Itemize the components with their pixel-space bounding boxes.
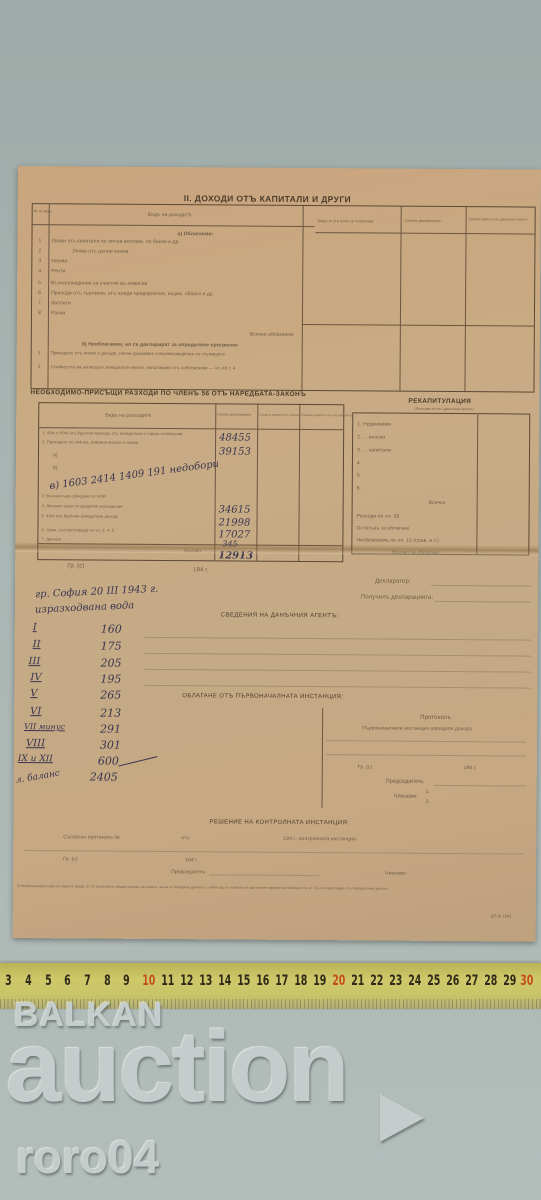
note-label: IX и XII <box>18 754 53 764</box>
tape-number: 15 <box>237 973 250 989</box>
note-subheader: изразходвана вода <box>35 600 135 615</box>
tape-number: 21 <box>351 973 364 989</box>
tape-number: 26 <box>446 973 459 989</box>
handwritten-stroke <box>118 756 157 766</box>
note-label: V <box>30 688 37 699</box>
exp-col-declared: Сумата декларирана <box>217 412 251 416</box>
first-instance-title: ОБЛАГАНЕ ОТЪ ПЪРВОНАЧАЛНАТА ИНСТАНЦИЯ: <box>182 693 343 700</box>
tape-number: 9 <box>123 973 130 989</box>
tape-number: 4 <box>25 973 32 989</box>
member-number: 2. <box>426 799 430 805</box>
expense-row-label: 6. Суми, съответстващи по чл. 3, 4, 5 <box>41 527 114 533</box>
tape-number: 24 <box>408 973 421 989</box>
instance-year: 194 г. <box>464 765 477 771</box>
note-value: 2405 <box>90 771 118 784</box>
tape-number: 3 <box>5 973 12 989</box>
tape-number: 18 <box>294 973 307 989</box>
expense-row-label: 1. 40% и 50% отъ брутния приходъ отъ зем… <box>42 430 182 436</box>
protocol-label: Протоколъ <box>420 715 451 721</box>
note-label: I <box>33 622 37 633</box>
note-value: 175 <box>101 640 122 653</box>
note-value: 205 <box>100 657 121 670</box>
received-label: Получилъ декларацията: <box>361 594 433 601</box>
row-no: 8 <box>38 310 41 316</box>
recap-row: Необлагаемъ по чл. 15 (срав. и т.) <box>356 537 438 544</box>
tape-number: 14 <box>218 973 231 989</box>
note-value: 213 <box>100 707 121 720</box>
expense-row-label: 7. Данъци <box>41 536 61 541</box>
income-row-label: Заплати <box>51 300 71 306</box>
recap-row: Всичко <box>429 500 446 506</box>
expenses-title: НЕОБХОДИМО-ПРИСЪЩИ РАЗХОДИ ПО ЧЛЕНЪ 56 О… <box>30 389 306 398</box>
note-value: 160 <box>101 623 122 636</box>
group-b-title: б) Необлагаеми, но се декларират за опре… <box>82 341 239 348</box>
note-label: л. баланс <box>15 769 60 786</box>
recap-row: Разходи по чл. 56 <box>357 513 400 519</box>
recap-subtitle: (Попълва се отъ данъчния агентъ) <box>414 407 474 411</box>
income-row-label: Ренти <box>51 268 65 274</box>
income-row-label: Приходите отъ лихви и доходи, лични държ… <box>51 350 225 356</box>
tape-number: 8 <box>104 973 111 989</box>
note-value: 265 <box>100 689 121 702</box>
row-no: 1 <box>38 350 41 356</box>
section-income-title: II. ДОХОДИ ОТЪ КАПИТАЛИ И ДРУГИ <box>184 193 351 204</box>
declared-amount: 39153 <box>219 446 251 457</box>
income-row-label: Разни <box>51 310 65 316</box>
control-protocol-label: Съгласно протоколъ № <box>63 834 120 840</box>
expense-row-label: 4. Лихвени суми по кредитни учреждения <box>42 503 123 509</box>
control-chairman-label: Председатель: <box>171 869 207 875</box>
control-members-label: Членове: <box>385 871 407 877</box>
tape-number: 13 <box>199 973 212 989</box>
tape-number: 10 <box>142 973 155 989</box>
col-header-source: Кѫде и отъ кого се получава <box>318 218 374 223</box>
row-no: 2 <box>38 248 41 254</box>
expense-row-label: а) <box>53 452 58 458</box>
note-label: III <box>29 656 41 667</box>
note-header: гр. София 20 III 1943 г. <box>35 584 159 601</box>
signature-year: 194 г. <box>193 567 208 573</box>
control-place: Гр. (с) <box>63 856 78 862</box>
expenses-table: Видъ на разходитѣ Сумата декларирана Сум… <box>37 402 344 562</box>
control-year: 194 г. <box>185 857 198 863</box>
recap-row: 5. <box>357 472 361 478</box>
col-header-no: № по редъ <box>34 209 52 213</box>
declared-amount: 48455 <box>219 432 251 443</box>
members-label: Членове: <box>394 794 418 800</box>
signature-place: Гр. (с) <box>67 563 84 569</box>
note-label: VII минус <box>24 722 65 731</box>
note-label: VIII <box>26 738 45 749</box>
row-no: 5 <box>38 280 41 286</box>
recap-title: РЕКАПИТУЛАЦИЯ <box>408 398 471 405</box>
protocol-text: Първоначалната инстанция определя доходъ <box>362 725 472 732</box>
income-row-label: Възнаграждения за участия въ комисии <box>51 280 147 287</box>
tape-number: 11 <box>161 973 174 989</box>
note-value: 301 <box>100 739 121 752</box>
income-row-label: Стойността на жилища и земеделски имоти,… <box>51 364 236 370</box>
expense-row-label: 2. Приходите по смѣтка, взаимни вноски и… <box>42 439 138 445</box>
tax-declaration-sheet: II. ДОХОДИ ОТЪ КАПИТАЛИ И ДРУГИ № по ред… <box>13 166 541 942</box>
row-no: 1 <box>38 238 41 244</box>
footnote: ¹) Необлагаемата сума по група II, буква… <box>17 884 527 893</box>
member-number: 1. <box>426 789 430 795</box>
tape-number: 30 <box>520 973 533 989</box>
income-row-label: Наеми <box>51 258 67 264</box>
tape-number: 27 <box>465 973 478 989</box>
col-header-declared: Сумата декларирана <box>405 219 441 223</box>
tape-number: 12 <box>180 973 193 989</box>
exp-col-instance: Сумата приета отъ инстанцията <box>301 413 351 417</box>
income-table: № по редъ Видъ на доходитѣ Кѫде и отъ ко… <box>30 203 535 393</box>
tape-number: 6 <box>64 973 71 989</box>
recap-row: 2. ... вноски <box>357 434 385 440</box>
tape-number: 5 <box>45 973 52 989</box>
recap-row: 4. <box>357 460 361 466</box>
row-no: 3 <box>38 258 41 264</box>
tape-number: 23 <box>389 973 402 989</box>
watermark-auction: auction <box>6 1010 348 1125</box>
tape-number: 29 <box>503 973 516 989</box>
exp-col-type: Видъ на разходитѣ <box>105 413 151 419</box>
income-row-label: Приходи отъ търговия, отъ чужди предприя… <box>51 290 214 297</box>
tape-number: 28 <box>484 973 497 989</box>
divider <box>322 708 324 808</box>
control-from: отъ <box>181 835 189 841</box>
tape-number: 16 <box>256 973 269 989</box>
expense-row-label: 5. 40% отъ брутния земеделски доходъ <box>42 513 119 519</box>
note-value: 291 <box>100 723 121 736</box>
tape-number: 20 <box>332 973 345 989</box>
agent-info-title: СВЕДЕНИЯ НА ДАНЪЧНИЯ АГЕНТЪ: <box>221 612 339 619</box>
declared-amount: 21998 <box>218 517 250 528</box>
declared-amount: 34615 <box>219 504 251 515</box>
watermark-username: roro04 <box>16 1130 159 1184</box>
note-label: VI <box>30 706 41 717</box>
tape-number: 19 <box>313 973 326 989</box>
row-no: 7 <box>38 300 41 306</box>
recap-row: 3. ... капитали <box>357 447 391 453</box>
note-label: IV <box>30 672 41 683</box>
exp-col-agent: Сумата приета отъ агента <box>259 413 300 417</box>
note-value: 600 <box>98 755 119 768</box>
col-header-income-type: Видъ на доходитѣ <box>148 212 192 218</box>
play-triangle-icon <box>380 1094 424 1142</box>
subtotal-label: Всичко облагаеми <box>250 332 294 338</box>
tape-number: 22 <box>370 973 383 989</box>
printer-mark: ДП ⊕ 1941 <box>491 913 512 918</box>
tape-number: 7 <box>84 973 91 989</box>
note-value: 195 <box>100 673 121 686</box>
tape-number: 25 <box>427 973 440 989</box>
income-row-label: Лихви отъ капитали по лични влогове, по … <box>51 238 180 245</box>
control-instance-title: РЕШЕНИЕ НА КОНТРОЛНАТА ИНСТАНЦИЯ: <box>209 819 349 826</box>
row-no: 6 <box>38 290 41 296</box>
chairman-label: Председатель: <box>386 779 425 785</box>
declarant-label: Декларатор: <box>375 579 411 585</box>
note-label: II <box>33 639 41 650</box>
recap-row: 1. Недвижими <box>357 421 391 427</box>
recap-row: 6. <box>357 485 361 491</box>
instance-place: Гр. (с) <box>358 764 373 770</box>
tape-number: 17 <box>275 973 288 989</box>
row-no: 4 <box>38 268 41 274</box>
recap-table: 1. Недвижими 2. ... вноски 3. ... капита… <box>351 412 530 555</box>
expense-row-label: б) <box>53 465 58 471</box>
handwritten-expense-note: в) 1603 2414 1409 191 недобори <box>49 459 220 493</box>
row-no: 2 <box>38 364 41 370</box>
recap-row: Остатъкъ за облагане <box>356 525 409 531</box>
group-a-title: а) Облагаеми: <box>178 231 214 237</box>
expense-row-label: 3. Вноски къмъ фондове по НОИ <box>42 493 106 498</box>
col-header-accepted: Сумата приета отъ данъчния агентъ <box>469 217 528 221</box>
control-year-text: 194 г., контролната инстанция <box>283 836 356 843</box>
handwritten-notes: гр. София 20 III 1943 г. изразходвана во… <box>18 166 541 170</box>
income-row-label: Лихви отъ ценни книжа <box>72 248 128 254</box>
